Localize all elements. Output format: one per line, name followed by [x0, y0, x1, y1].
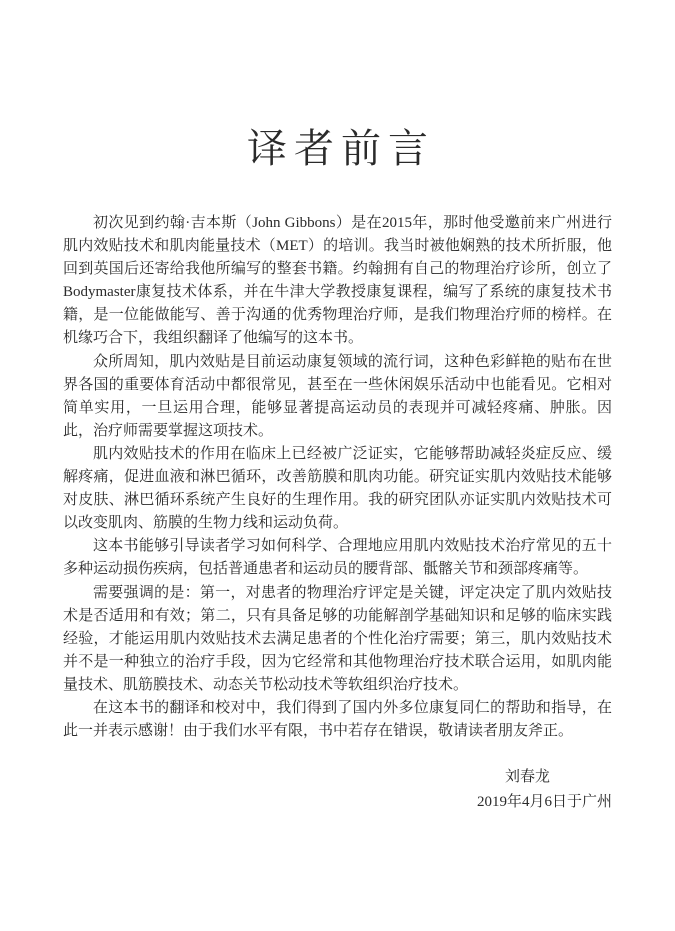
body-paragraph: 这本书能够引导读者学习如何科学、合理地应用肌内效贴技术治疗常见的五十多种运动损伤… [63, 535, 612, 581]
signature-date: 2019年4月6日于广州 [63, 790, 612, 815]
body-paragraph: 需要强调的是：第一，对患者的物理治疗评定是关键，评定决定了肌内效贴技术是否适用和… [63, 582, 612, 697]
page-title: 译者前言 [0, 124, 675, 174]
signature-block: 刘春龙 2019年4月6日于广州 [63, 765, 612, 815]
body-paragraph: 初次见到约翰·吉本斯（John Gibbons）是在2015年，那时他受邀前来广… [63, 212, 612, 351]
body-paragraph: 在这本书的翻译和校对中，我们得到了国内外多位康复同仁的帮助和指导，在此一并表示感… [63, 697, 612, 743]
body-paragraph: 肌内效贴技术的作用在临床上已经被广泛证实，它能够帮助减轻炎症反应、缓解疼痛，促进… [63, 443, 612, 535]
preface-body: 初次见到约翰·吉本斯（John Gibbons）是在2015年，那时他受邀前来广… [63, 212, 612, 743]
translator-name: 刘春龙 [63, 765, 612, 790]
book-page: 译者前言 初次见到约翰·吉本斯（John Gibbons）是在2015年，那时他… [0, 0, 675, 931]
body-paragraph: 众所周知，肌内效贴是目前运动康复领域的流行词，这种色彩鲜艳的贴布在世界各国的重要… [63, 351, 612, 443]
